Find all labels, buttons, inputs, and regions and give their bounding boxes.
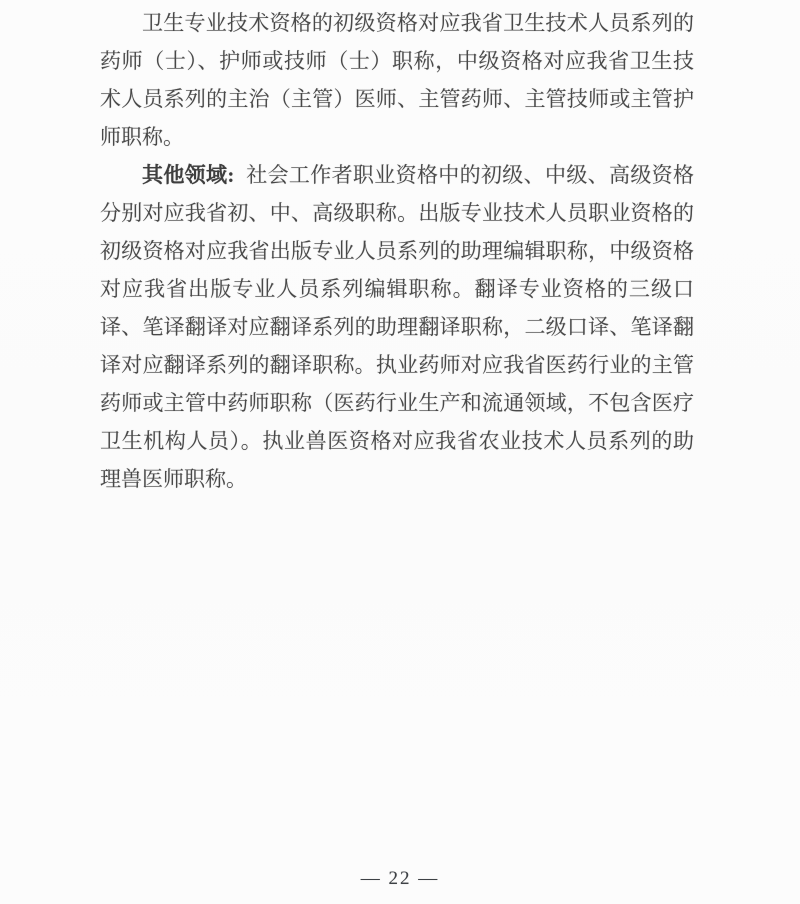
document-body-text: 卫生专业技术资格的初级资格对应我省卫生技术人员系列的药师（士）、护师或技师（士）… xyxy=(100,4,694,498)
page-number: — 22 — xyxy=(0,868,800,890)
paragraph-health-qualifications: 卫生专业技术资格的初级资格对应我省卫生技术人员系列的药师（士）、护师或技师（士）… xyxy=(100,4,694,156)
paragraph-other-fields: 其他领域:社会工作者职业资格中的初级、中级、高级资格分别对应我省初、中、高级职称… xyxy=(100,156,694,498)
paragraph-other-fields-text: 社会工作者职业资格中的初级、中级、高级资格分别对应我省初、中、高级职称。出版专业… xyxy=(100,163,694,491)
document-page: 卫生专业技术资格的初级资格对应我省卫生技术人员系列的药师（士）、护师或技师（士）… xyxy=(0,0,800,904)
paragraph-health-qualifications-text: 卫生专业技术资格的初级资格对应我省卫生技术人员系列的药师（士）、护师或技师（士）… xyxy=(100,11,694,149)
paragraph-other-fields-lead: 其他领域: xyxy=(142,163,234,187)
